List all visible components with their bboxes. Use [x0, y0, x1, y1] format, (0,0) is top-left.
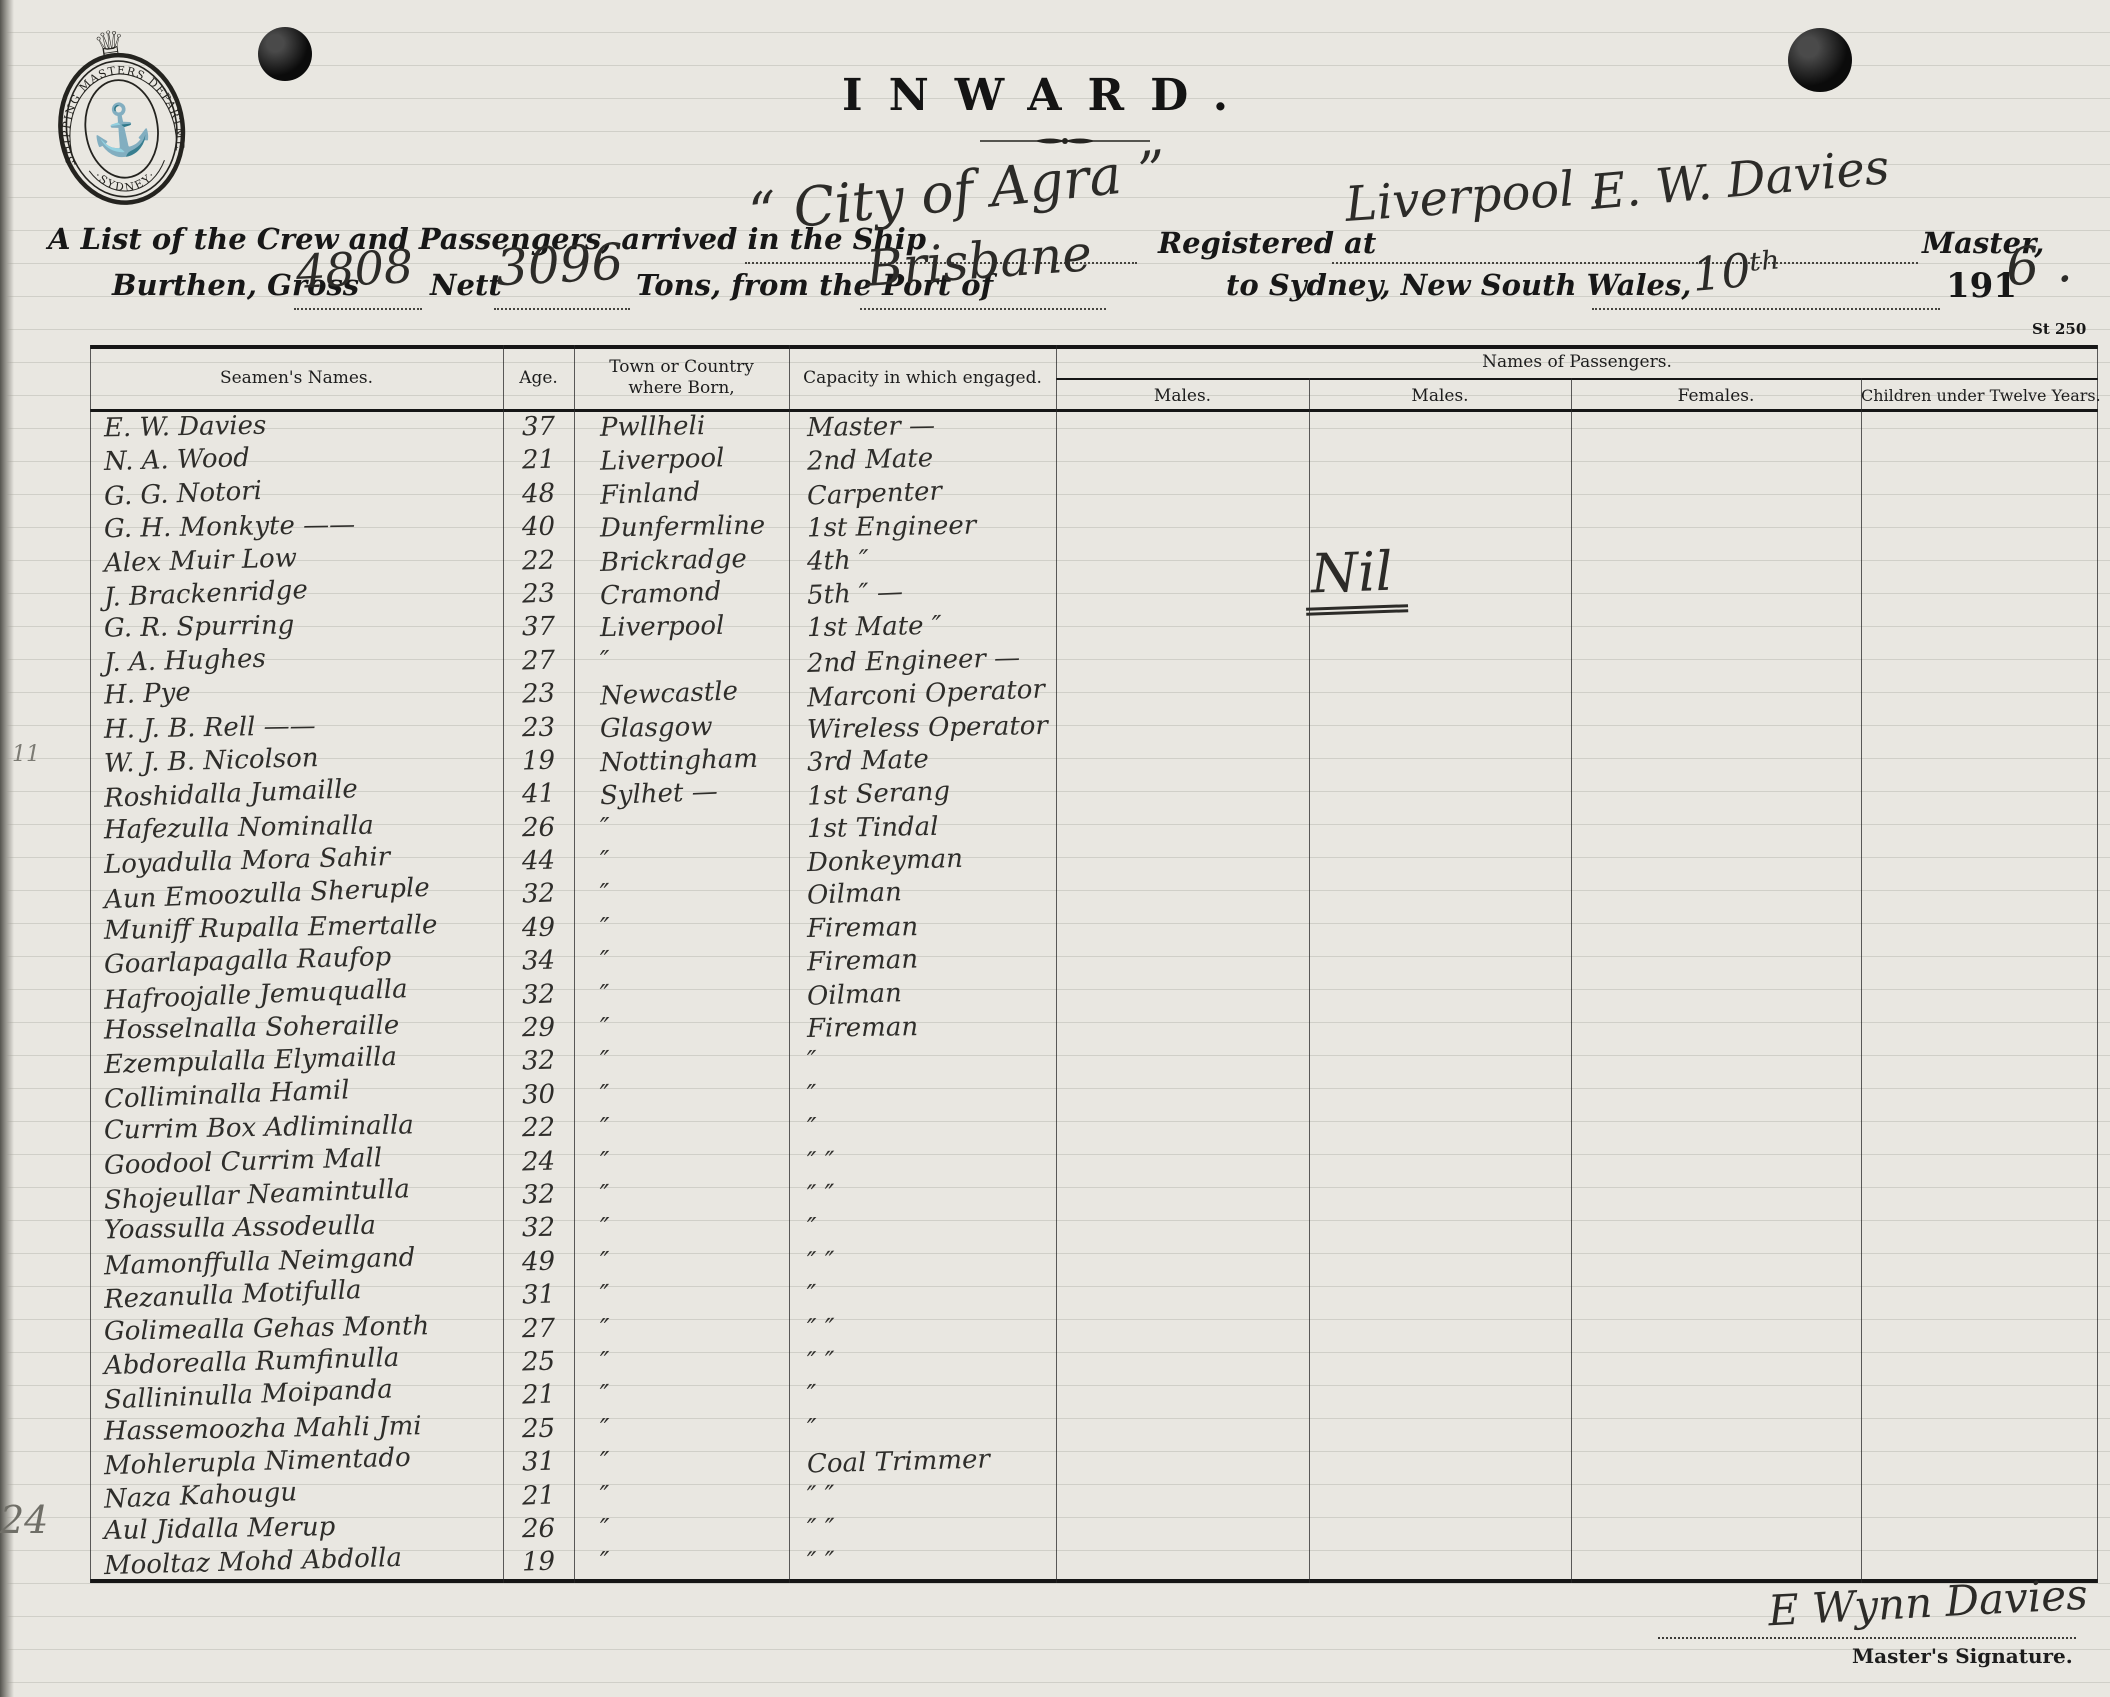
- hw-capacity-text: 1st Serang: [806, 777, 950, 812]
- hw-age-text: 37: [522, 612, 556, 643]
- table-row: G. G. Notori48FinlandCarpenter: [90, 479, 2098, 512]
- page-title: INWARD.: [842, 70, 1254, 121]
- hw-town-text: ″: [600, 1046, 611, 1076]
- cell-age: 32: [503, 980, 574, 1010]
- hw-capacity-text: ″ ″: [807, 1547, 836, 1578]
- hw-capacity-text: ″: [807, 1213, 817, 1243]
- ship-name-value: “ City of Agra ”: [746, 138, 1169, 244]
- hw-name-text: Goodool Currim Mall: [104, 1143, 383, 1181]
- cell-age: 30: [503, 1080, 574, 1110]
- cell-age: 40: [503, 512, 574, 542]
- hw-town-text: Finland: [599, 477, 700, 511]
- hw-age-text: 32: [521, 879, 555, 910]
- cell-age: 32: [503, 1180, 574, 1210]
- hw-age-text: 23: [522, 712, 556, 743]
- hw-name-text: Naza Kahougu: [103, 1477, 297, 1514]
- cell-town: ″: [574, 1247, 789, 1277]
- table-row: W. J. B. Nicolson19Nottingham3rd Mate: [90, 746, 2098, 779]
- cell-capacity: ″ ″: [789, 1347, 1056, 1377]
- cell-capacity: ″ ″: [789, 1314, 1056, 1344]
- cell-age: 31: [503, 1280, 574, 1310]
- cell-age: 19: [503, 746, 574, 776]
- cell-town: Glasgow: [574, 713, 789, 743]
- hw-age-text: 21: [521, 1380, 555, 1411]
- cell-capacity: 1st Engineer: [789, 512, 1056, 542]
- table-row: Sallininulla Moipanda21″″: [90, 1380, 2098, 1413]
- table-row: Ezempulalla Elymailla32″″: [90, 1046, 2098, 1079]
- col-header-females: Females.: [1571, 386, 1861, 406]
- cell-name: Hafroojalle Jemuqualla: [90, 980, 503, 1010]
- cell-town: ″: [574, 879, 789, 909]
- table-row: Alex Muir Low22Brickradge4th ″: [90, 546, 2098, 579]
- cell-town: Newcastle: [574, 679, 789, 709]
- hw-capacity-text: 2nd Mate: [807, 444, 934, 478]
- hw-town-text: ″: [600, 1313, 610, 1343]
- hw-age-text: 30: [521, 1079, 555, 1110]
- hw-name-text: Loyadulla Mora Sahir: [104, 842, 391, 880]
- col-header-town-2: where Born,: [574, 378, 789, 398]
- margin-note: 11: [12, 742, 40, 767]
- cell-age: 49: [503, 1247, 574, 1277]
- cell-name: Mooltaz Mohd Abdolla: [90, 1547, 503, 1577]
- cell-town: ″: [574, 1113, 789, 1143]
- col-header-names: Seamen's Names.: [90, 368, 503, 388]
- hw-name-text: Aun Emoozulla Sheruple: [104, 873, 431, 915]
- hw-age-text: 32: [522, 1213, 556, 1244]
- cell-age: 48: [503, 479, 574, 509]
- hw-town-text: ″: [600, 1247, 611, 1277]
- hw-name-text: Currim Box Adliminalla: [104, 1111, 414, 1146]
- cell-capacity: 1st Mate ″: [789, 612, 1056, 642]
- nett-label: Nett: [430, 268, 502, 302]
- cell-capacity: 2nd Mate: [789, 445, 1056, 475]
- cell-name: Hosselnalla Soheraille: [90, 1013, 503, 1043]
- cell-name: G. R. Spurring: [90, 612, 503, 642]
- cell-name: J. Brackenridge: [90, 579, 503, 609]
- hw-town-text: ″: [600, 1514, 610, 1544]
- cell-name: Muniff Rupalla Emertalle: [90, 913, 503, 943]
- hw-capacity-text: 5th ″ —: [806, 577, 903, 611]
- hw-age-text: 25: [522, 1346, 556, 1377]
- cell-name: H. J. B. Rell ——: [90, 713, 503, 743]
- cell-name: Abdorealla Rumfinulla: [90, 1347, 503, 1377]
- cell-capacity: ″: [789, 1280, 1056, 1310]
- hw-capacity-text: ″ ″: [806, 1179, 835, 1210]
- cell-capacity: 4th ″: [789, 546, 1056, 576]
- hw-age-text: 22: [522, 1113, 556, 1144]
- cell-town: Sylhet —: [574, 779, 789, 809]
- hw-age-text: 49: [522, 1246, 556, 1277]
- cell-name: Hassemoozha Mahli Jmi: [90, 1414, 503, 1444]
- cell-age: 21: [503, 445, 574, 475]
- hw-name-text: E. W. Davies: [104, 411, 267, 444]
- hw-capacity-text: Carpenter: [806, 476, 942, 511]
- cell-town: Pwllheli: [574, 412, 789, 442]
- nett-tons-value: 3096: [495, 233, 625, 298]
- hw-capacity-text: 4th ″: [807, 545, 870, 577]
- hw-capacity-text: ″: [806, 1380, 817, 1410]
- hw-name-text: Sallininulla Moipanda: [104, 1375, 394, 1416]
- hw-town-text: Sylhet —: [599, 777, 718, 811]
- hw-town-text: Nottingham: [600, 744, 759, 778]
- hw-capacity-text: ″: [807, 1046, 818, 1076]
- cell-age: 37: [503, 412, 574, 442]
- registered-at-label: Registered at: [1158, 226, 1376, 260]
- table-row: Mooltaz Mohd Abdolla19″″ ″: [90, 1547, 2098, 1580]
- cell-capacity: ″ ″: [789, 1180, 1056, 1210]
- hw-capacity-text: Fireman: [807, 912, 919, 944]
- hw-age-text: 23: [521, 578, 555, 609]
- cell-capacity: ″ ″: [789, 1514, 1056, 1544]
- cell-town: ″: [574, 1213, 789, 1243]
- cell-town: ″: [574, 1514, 789, 1544]
- hw-town-text: ″: [600, 1447, 611, 1477]
- hw-name-text: Aul Jidalla Merup: [104, 1512, 336, 1546]
- registered-at-value: Liverpool .: [1343, 159, 1606, 233]
- punch-hole-icon: [258, 27, 312, 81]
- cell-name: Shojeullar Neamintulla: [90, 1180, 503, 1210]
- cell-town: Cramond: [574, 579, 789, 609]
- cell-town: ″: [574, 1414, 789, 1444]
- cell-name: Aul Jidalla Merup: [90, 1514, 503, 1544]
- registered-fill-line: [1332, 262, 1918, 264]
- table-row: E. W. Davies37PwllheliMaster —: [90, 412, 2098, 445]
- hw-capacity-text: Fireman: [807, 945, 919, 978]
- hw-name-text: Alex Muir Low: [104, 543, 298, 578]
- hw-name-text: Mamonffulla Neimgand: [104, 1242, 416, 1281]
- hw-town-text: Cramond: [599, 577, 722, 612]
- cell-town: ″: [574, 846, 789, 876]
- cell-name: Aun Emoozulla Sheruple: [90, 879, 503, 909]
- hw-capacity-text: Marconi Operator: [807, 675, 1046, 714]
- cell-capacity: ″: [789, 1113, 1056, 1143]
- cell-age: 31: [503, 1447, 574, 1477]
- cell-name: Goarlapagalla Raufop: [90, 946, 503, 976]
- hw-age-text: 48: [521, 478, 555, 509]
- cell-capacity: ″ ″: [789, 1147, 1056, 1177]
- hw-capacity-text: Fireman: [807, 1012, 919, 1044]
- form-number: St 250: [2032, 320, 2086, 338]
- cell-capacity: ″: [789, 1080, 1056, 1110]
- hw-town-text: ″: [599, 1180, 610, 1210]
- cell-age: 25: [503, 1414, 574, 1444]
- hw-capacity-text: Oilman: [806, 978, 902, 1012]
- hw-capacity-text: ″: [807, 1414, 817, 1444]
- hw-capacity-text: ″: [806, 1280, 817, 1310]
- hw-name-text: G. G. Notori: [103, 476, 262, 512]
- hw-town-text: Pwllheli: [600, 411, 706, 443]
- cell-name: Currim Box Adliminalla: [90, 1113, 503, 1143]
- cell-age: 41: [503, 779, 574, 809]
- cell-town: ″: [574, 1380, 789, 1410]
- hw-capacity-text: ″ ″: [807, 1514, 835, 1544]
- cell-capacity: Fireman: [789, 1013, 1056, 1043]
- hw-town-text: ″: [600, 1013, 610, 1043]
- cell-capacity: Carpenter: [789, 479, 1056, 509]
- hw-town-text: ″: [599, 1380, 610, 1410]
- hw-name-text: Golimealla Gehas Month: [104, 1311, 430, 1347]
- hw-town-text: ″: [599, 879, 610, 909]
- cell-town: ″: [574, 646, 789, 676]
- cell-age: 24: [503, 1147, 574, 1177]
- cell-capacity: 2nd Engineer —: [789, 646, 1056, 676]
- cell-town: Finland: [574, 479, 789, 509]
- port-fill-line: [860, 308, 1106, 310]
- hw-town-text: ″: [600, 813, 610, 843]
- hw-age-text: 49: [522, 913, 556, 944]
- col-header-children: Children under Twelve Years.: [1861, 386, 2098, 405]
- cell-age: 23: [503, 679, 574, 709]
- cell-town: ″: [574, 980, 789, 1010]
- cell-name: Loyadulla Mora Sahir: [90, 846, 503, 876]
- destination-label: to Sydney, New South Wales,: [1226, 268, 1691, 302]
- table-row: G. H. Monkyte ——40Dunfermline1st Enginee…: [90, 512, 2098, 545]
- hw-name-text: Hafezulla Nominalla: [104, 810, 374, 845]
- hw-name-text: Goarlapagalla Raufop: [104, 942, 392, 980]
- date-fill-line: [1592, 308, 1940, 310]
- hw-name-text: W. J. B. Nicolson: [104, 743, 319, 779]
- cell-name: Alex Muir Low: [90, 546, 503, 576]
- hw-capacity-text: ″ ″: [807, 1313, 835, 1343]
- hw-age-text: 24: [522, 1146, 556, 1177]
- table-row: Mamonffulla Neimgand49″″ ″: [90, 1247, 2098, 1280]
- cell-town: ″: [574, 913, 789, 943]
- cell-name: N. A. Wood: [90, 445, 503, 475]
- cell-name: H. Pye: [90, 679, 503, 709]
- hw-age-text: 31: [522, 1447, 556, 1478]
- cell-capacity: 5th ″ —: [789, 579, 1056, 609]
- cell-name: Roshidalla Jumaille: [90, 779, 503, 809]
- cell-name: Sallininulla Moipanda: [90, 1380, 503, 1410]
- hw-town-text: ″: [599, 1280, 610, 1310]
- hw-town-text: Brickradge: [600, 544, 748, 578]
- hw-age-text: 44: [522, 846, 556, 877]
- cell-town: ″: [574, 946, 789, 976]
- cell-age: 37: [503, 612, 574, 642]
- cell-town: ″: [574, 1080, 789, 1110]
- cell-capacity: Oilman: [789, 980, 1056, 1010]
- master-name-value: E. W. Davies: [1588, 139, 1891, 221]
- shipping-masters-seal: ♕ SHIPPING MASTERS DEPARTMENT ·SYDNEY· ⚓: [40, 12, 200, 217]
- hw-town-text: ″: [600, 1347, 611, 1377]
- cell-town: ″: [574, 1547, 789, 1577]
- cell-town: ″: [574, 1481, 789, 1511]
- hw-name-text: H. J. B. Rell ——: [104, 711, 316, 745]
- hw-name-text: G. H. Monkyte ——: [104, 510, 356, 544]
- hw-age-text: 27: [522, 1313, 556, 1344]
- hw-name-text: Mohlerupla Nimentado: [104, 1443, 411, 1482]
- cell-name: Naza Kahougu: [90, 1481, 503, 1511]
- hw-capacity-text: ″ ″: [807, 1146, 836, 1177]
- cell-name: Hafezulla Nominalla: [90, 813, 503, 843]
- table-row: J. A. Hughes27″2nd Engineer —: [90, 646, 2098, 679]
- cell-capacity: Marconi Operator: [789, 679, 1056, 709]
- hw-capacity-text: 1st Tindal: [807, 812, 939, 844]
- table-row: Roshidalla Jumaille41Sylhet —1st Serang: [90, 779, 2098, 812]
- hw-town-text: ″: [600, 946, 611, 976]
- hw-town-text: Glasgow: [600, 712, 713, 744]
- hw-capacity-text: Master —: [807, 411, 936, 443]
- table-body: E. W. Davies37PwllheliMaster —N. A. Wood…: [90, 412, 2098, 1581]
- cell-town: ″: [574, 1013, 789, 1043]
- hw-age-text: 27: [522, 645, 556, 676]
- cell-town: ″: [574, 1314, 789, 1344]
- cell-town: ″: [574, 1180, 789, 1210]
- cell-name: Mamonffulla Neimgand: [90, 1247, 503, 1277]
- cell-age: 25: [503, 1347, 574, 1377]
- cell-age: 19: [503, 1547, 574, 1577]
- table-top-border: [90, 345, 2098, 349]
- hw-age-text: 26: [522, 1514, 556, 1545]
- cell-town: ″: [574, 1347, 789, 1377]
- col-header-town-1: Town or Country: [574, 357, 789, 377]
- table-row: Colliminalla Hamil30″″: [90, 1080, 2098, 1113]
- hw-age-text: 19: [522, 1547, 556, 1578]
- hw-capacity-text: 2nd Engineer —: [807, 643, 1021, 679]
- signature-fill-line: [1658, 1637, 2076, 1639]
- cell-capacity: Oilman: [789, 879, 1056, 909]
- hw-town-text: ″: [600, 1547, 611, 1577]
- hw-age-text: 23: [521, 679, 555, 710]
- hw-name-text: Colliminalla Hamil: [104, 1075, 351, 1114]
- cell-capacity: ″ ″: [789, 1481, 1056, 1511]
- table-row: Naza Kahougu21″″ ″: [90, 1481, 2098, 1514]
- hw-capacity-text: Oilman: [806, 878, 902, 912]
- hw-age-text: 32: [522, 1046, 556, 1077]
- table-row: Hafroojalle Jemuqualla32″Oilman: [90, 980, 2098, 1013]
- cell-age: 32: [503, 879, 574, 909]
- cell-name: G. G. Notori: [90, 479, 503, 509]
- cell-capacity: ″: [789, 1213, 1056, 1243]
- cell-age: 21: [503, 1380, 574, 1410]
- cell-name: Rezanulla Motifulla: [90, 1280, 503, 1310]
- hw-capacity-text: 3rd Mate: [807, 744, 930, 777]
- hw-name-text: Yoassulla Assodeulla: [104, 1211, 376, 1246]
- col-header-age: Age.: [503, 368, 574, 388]
- hw-name-text: J. A. Hughes: [104, 643, 267, 678]
- hw-name-text: G. R. Spurring: [104, 611, 295, 644]
- hw-town-text: Liverpool: [600, 611, 725, 643]
- cell-name: W. J. B. Nicolson: [90, 746, 503, 776]
- margin-note: 24: [0, 1498, 48, 1542]
- cell-capacity: ″ ″: [789, 1547, 1056, 1577]
- hw-name-text: Roshidalla Jumaille: [104, 774, 359, 814]
- hw-capacity-text: Donkeyman: [807, 844, 964, 878]
- cell-capacity: Wireless Operator: [789, 713, 1056, 743]
- cell-town: ″: [574, 813, 789, 843]
- hw-town-text: ″: [600, 1414, 610, 1444]
- crew-table: Seamen's Names. Age. Town or Country whe…: [90, 345, 2098, 1583]
- hw-age-text: 19: [522, 745, 556, 776]
- table-row: H. Pye23NewcastleMarconi Operator: [90, 679, 2098, 712]
- hw-age-text: 31: [521, 1280, 555, 1311]
- cell-age: 44: [503, 846, 574, 876]
- cell-capacity: Coal Trimmer: [789, 1447, 1056, 1477]
- cell-name: Colliminalla Hamil: [90, 1080, 503, 1110]
- hw-capacity-text: ″ ″: [807, 1246, 836, 1277]
- year-digit-value: 6 .: [2004, 234, 2074, 298]
- cell-name: J. A. Hughes: [90, 646, 503, 676]
- hw-name-text: Shojeullar Neamintulla: [104, 1174, 411, 1216]
- table-row: N. A. Wood21Liverpool2nd Mate: [90, 445, 2098, 478]
- table-row: Shojeullar Neamintulla32″″ ″: [90, 1180, 2098, 1213]
- table-row: Yoassulla Assodeulla32″″: [90, 1213, 2098, 1246]
- cell-capacity: Fireman: [789, 913, 1056, 943]
- table-row: Hassemoozha Mahli Jmi25″″: [90, 1414, 2098, 1447]
- cell-capacity: Fireman: [789, 946, 1056, 976]
- crew-list-document: ♕ SHIPPING MASTERS DEPARTMENT ·SYDNEY· ⚓…: [0, 0, 2110, 1697]
- cell-town: ″: [574, 1147, 789, 1177]
- cell-age: 23: [503, 713, 574, 743]
- cell-name: Goodool Currim Mall: [90, 1147, 503, 1177]
- cell-age: 34: [503, 946, 574, 976]
- master-signature-label: Master's Signature.: [1852, 1644, 2073, 1668]
- cell-age: 29: [503, 1013, 574, 1043]
- gross-fill-line: [294, 308, 422, 310]
- hw-capacity-text: 1st Engineer: [807, 511, 977, 544]
- cell-town: Liverpool: [574, 612, 789, 642]
- hw-name-text: Rezanulla Motifulla: [104, 1275, 363, 1315]
- passengers-subheader-line: [1056, 378, 2098, 380]
- hw-town-text: ″: [600, 846, 611, 876]
- cell-age: 27: [503, 646, 574, 676]
- table-row: H. J. B. Rell ——23GlasgowWireless Operat…: [90, 713, 2098, 746]
- cell-capacity: ″: [789, 1046, 1056, 1076]
- cell-age: 26: [503, 1514, 574, 1544]
- cell-age: 27: [503, 1314, 574, 1344]
- hw-age-text: 25: [522, 1413, 556, 1444]
- hw-age-text: 21: [522, 445, 556, 476]
- hw-name-text: Muniff Rupalla Emertalle: [104, 910, 438, 946]
- table-row: Mohlerupla Nimentado31″Coal Trimmer: [90, 1447, 2098, 1480]
- cell-capacity: Donkeyman: [789, 846, 1056, 876]
- hw-town-text: ″: [600, 1113, 610, 1143]
- cell-capacity: 1st Serang: [789, 779, 1056, 809]
- cell-capacity: Master —: [789, 412, 1056, 442]
- hw-capacity-text: ″ ″: [807, 1347, 836, 1378]
- hw-age-text: 29: [522, 1013, 556, 1044]
- table-row: Currim Box Adliminalla22″″: [90, 1113, 2098, 1146]
- table-row: Rezanulla Motifulla31″″: [90, 1280, 2098, 1313]
- hw-name-text: Ezempulalla Elymailla: [104, 1042, 398, 1080]
- cell-age: 32: [503, 1046, 574, 1076]
- cell-capacity: ″: [789, 1414, 1056, 1444]
- cell-age: 22: [503, 546, 574, 576]
- table-row: G. R. Spurring37Liverpool1st Mate ″: [90, 612, 2098, 645]
- cell-name: G. H. Monkyte ——: [90, 512, 503, 542]
- hw-name-text: N. A. Wood: [104, 443, 251, 477]
- cell-age: 21: [503, 1481, 574, 1511]
- cell-town: ″: [574, 1046, 789, 1076]
- hw-town-text: Newcastle: [599, 676, 738, 711]
- col-header-males-1: Males.: [1056, 386, 1309, 406]
- hw-town-text: ″: [599, 1080, 610, 1110]
- cell-capacity: 1st Tindal: [789, 813, 1056, 843]
- cell-town: ″: [574, 1447, 789, 1477]
- cell-name: Mohlerupla Nimentado: [90, 1447, 503, 1477]
- hw-capacity-text: ″: [807, 1113, 817, 1143]
- hw-name-text: Hassemoozha Mahli Jmi: [104, 1411, 422, 1447]
- scan-edge: [0, 0, 14, 1697]
- cell-capacity: ″: [789, 1380, 1056, 1410]
- cell-age: 22: [503, 1113, 574, 1143]
- cell-name: Yoassulla Assodeulla: [90, 1213, 503, 1243]
- hw-age-text: 37: [522, 412, 556, 443]
- hw-name-text: J. Brackenridge: [103, 575, 308, 613]
- hw-age-text: 21: [521, 1480, 555, 1511]
- cell-town: ″: [574, 1280, 789, 1310]
- hw-town-text: ″: [599, 979, 610, 1009]
